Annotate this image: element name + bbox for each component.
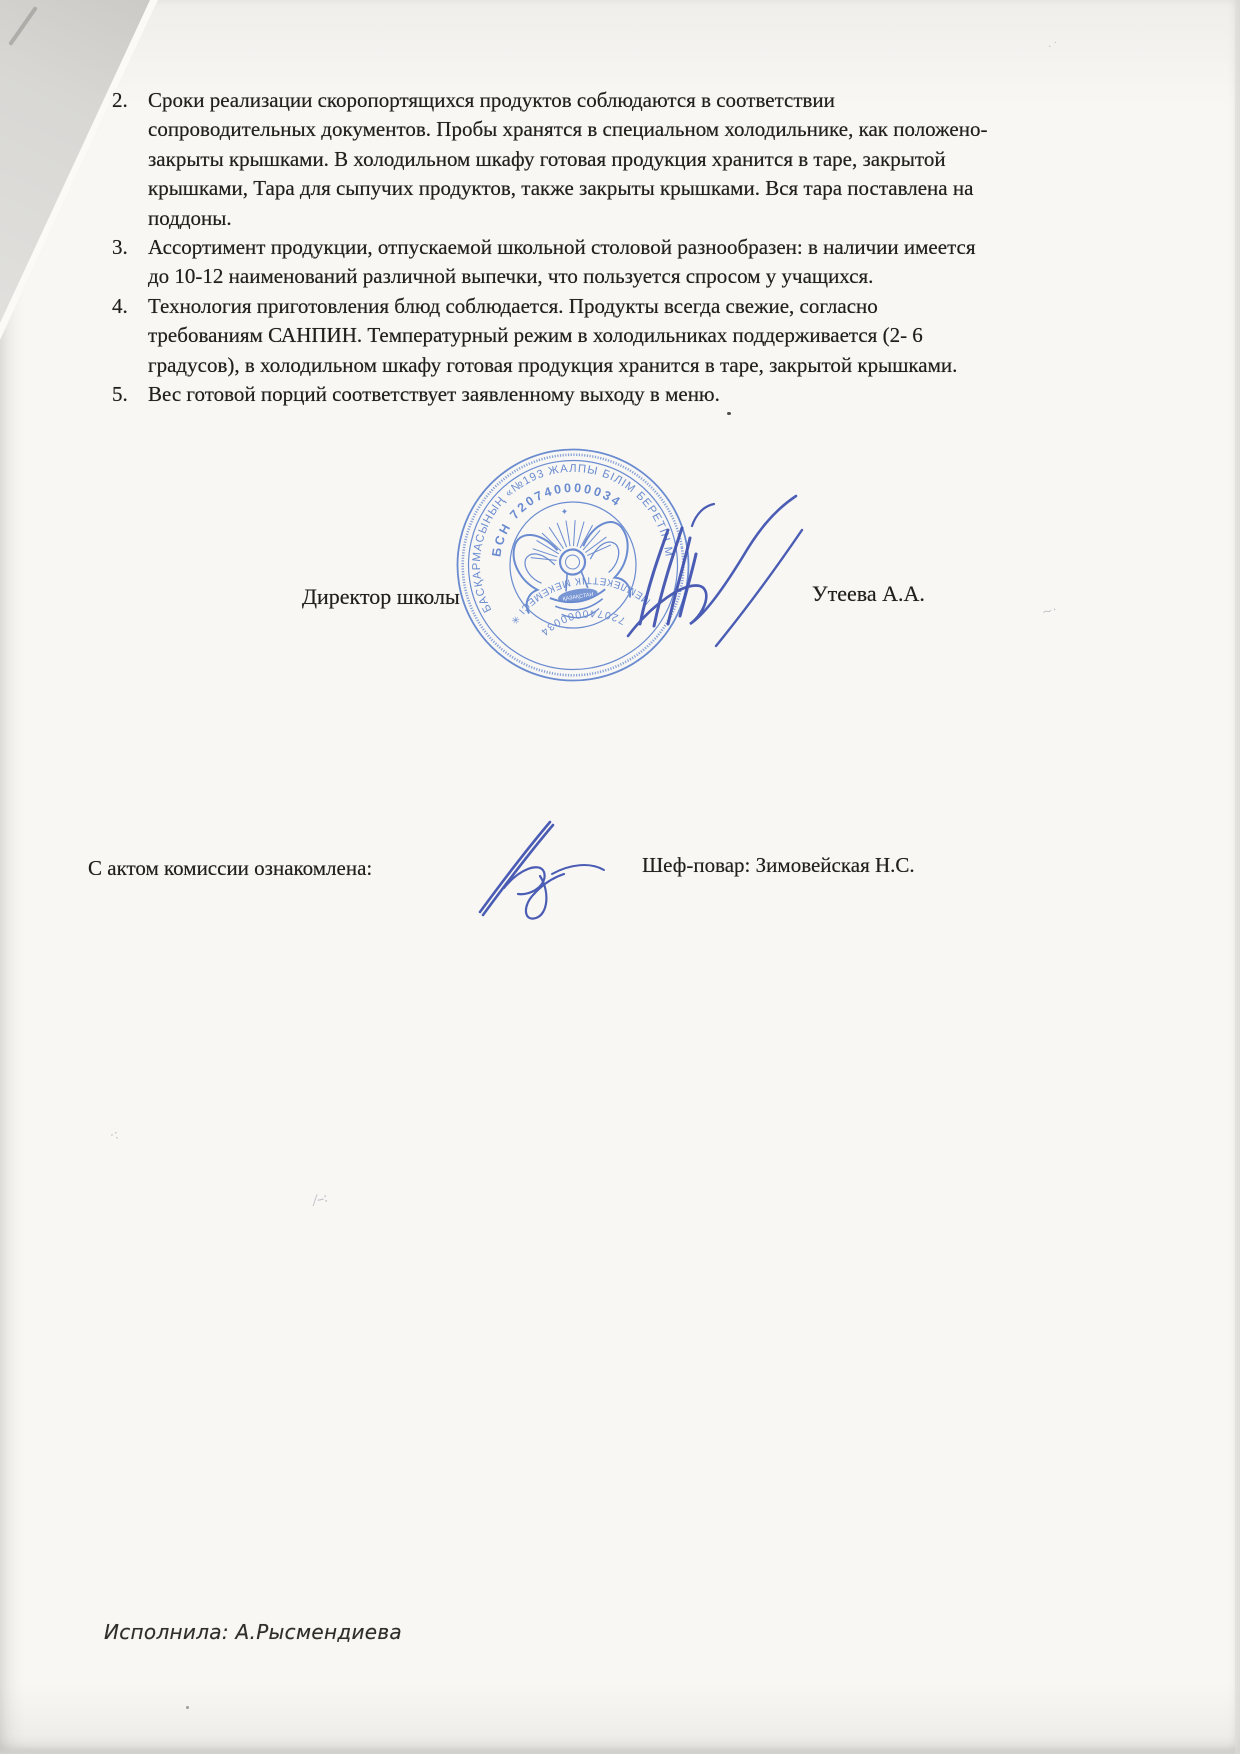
emblem-ray (542, 531, 561, 554)
star-icon: ✦ (560, 506, 569, 517)
document-line: закрыты крышками. В холодильном шкафу го… (148, 145, 1072, 174)
scan-right-edge (1235, 0, 1240, 1754)
document-line: градусов), в холодильном шкафу готовая п… (148, 351, 1072, 380)
chef-label: Шеф-повар: Зимовейская Н.С. (642, 853, 915, 878)
executor-note: Исполнила: А.Рысмендиева (104, 1620, 402, 1644)
scanned-document-page: 2. Сроки реализации скоропортящихся прод… (0, 0, 1240, 1754)
emblem-ray (570, 520, 580, 546)
list-item-number: 4. (112, 292, 148, 321)
pencil-smudge: ∼· (1041, 603, 1059, 621)
scan-bottom-edge (0, 1746, 1240, 1754)
corner-dark-edge (8, 6, 38, 46)
document-line: крышками, Тара для сыпучих продуктов, та… (148, 174, 1072, 203)
acknowledgement-label: С актом комиссии ознакомлена: (88, 856, 372, 881)
document-line: Вес готовой порций соответствует заявлен… (148, 380, 1072, 409)
director-name: Утеева А.А. (812, 581, 925, 607)
list-item-text: Вес готовой порций соответствует заявлен… (148, 380, 1072, 409)
scan-smudge: ·˙ (1048, 40, 1059, 53)
document-line: до 10-12 наименований различной выпечки,… (148, 262, 1072, 291)
document-line: поддоны. (148, 204, 1072, 233)
list-item-number: 3. (112, 233, 148, 262)
pencil-smudge: ·: (109, 1127, 120, 1143)
list-item: 4. Технология приготовления блюд соблюда… (112, 292, 1072, 380)
document-line: Ассортимент продукции, отпускаемой школь… (148, 233, 1072, 262)
scan-speck (186, 1706, 189, 1709)
list-item: 2. Сроки реализации скоропортящихся прод… (112, 86, 1072, 233)
chef-signature (450, 808, 625, 938)
list-item-number: 2. (112, 86, 148, 115)
document-list: 2. Сроки реализации скоропортящихся прод… (112, 86, 1072, 409)
document-line: сопроводительных документов. Пробы храня… (148, 115, 1072, 144)
list-item-text: Ассортимент продукции, отпускаемой школь… (148, 233, 1072, 292)
list-item-number: 5. (112, 380, 148, 409)
list-item: 3. Ассортимент продукции, отпускаемой шк… (112, 233, 1072, 292)
director-signature (596, 466, 826, 656)
ink-speck (727, 412, 731, 415)
emblem-ray (557, 522, 567, 548)
document-line: Технология приготовления блюд соблюдаетс… (148, 292, 1072, 321)
list-item-text: Технология приготовления блюд соблюдаетс… (148, 292, 1072, 380)
list-item: 5. Вес готовой порций соответствует заяв… (112, 380, 1072, 409)
director-label: Директор школы (302, 584, 460, 610)
document-line: Сроки реализации скоропортящихся продукт… (148, 86, 1072, 115)
document-line: требованиям САНПИН. Температурный режим … (148, 321, 1072, 350)
list-item-text: Сроки реализации скоропортящихся продукт… (148, 86, 1072, 233)
emblem-ray (566, 521, 570, 547)
pencil-smudge: ⁄∹ (312, 1191, 329, 1210)
